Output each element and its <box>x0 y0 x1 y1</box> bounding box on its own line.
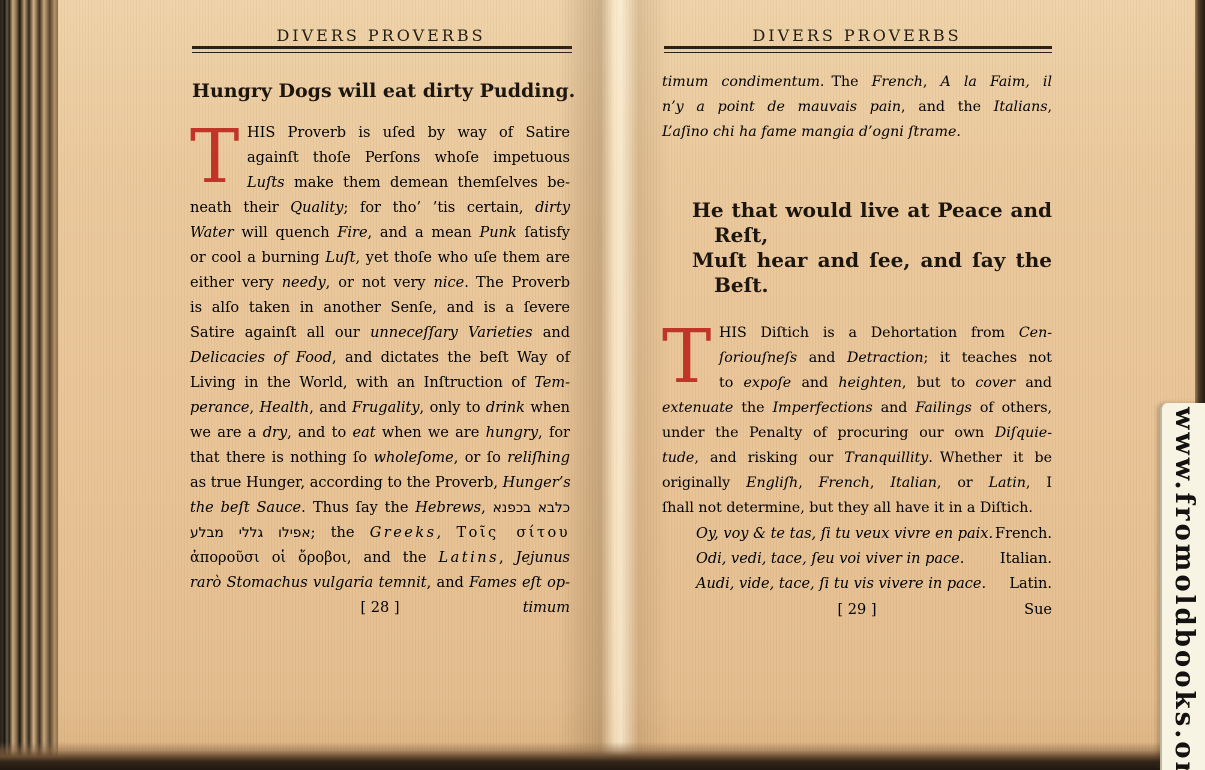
text-line: L’aſino chi ha fame mangia d’ogni ſtrame… <box>662 120 1052 145</box>
book-bottom-edge <box>0 742 1162 770</box>
text-line: Water will quench Fire, and a mean Punk … <box>190 221 570 246</box>
book-scan: DIVERS PROVERBS Hungry Dogs will eat dir… <box>0 0 1205 770</box>
text-line: to expoſe and heighten, but to cover and <box>662 371 1052 396</box>
text-line: tude, and risking our Tranquillity. Whet… <box>662 446 1052 471</box>
left-running-header: DIVERS PROVERBS <box>190 26 572 45</box>
left-page: DIVERS PROVERBS Hungry Dogs will eat dir… <box>55 0 617 755</box>
distich-line: Audi, vide, tace, ſi tu vis vivere in pa… <box>662 572 1052 597</box>
text-line: perance, Health, and Frugality, only to … <box>190 396 570 421</box>
left-header-rule <box>192 46 572 53</box>
text-line: neath their Quality; for tho’ ’tis certa… <box>190 196 570 221</box>
right-continuation-lines: timum condimentum. The French, A la Faim… <box>662 70 1052 145</box>
text-line: Beſt. <box>662 273 1052 298</box>
left-paragraph: T HIS Proverb is uſed by way of Satireag… <box>190 121 570 596</box>
text-line: timum condimentum. The French, A la Faim… <box>662 70 1052 95</box>
right-footer: [ 29 ] Sue <box>662 598 1052 623</box>
right-paragraph: T HIS Diſtich is a Dehortation from Cen-… <box>662 321 1052 521</box>
text-line: againſt thoſe Perſons whoſe impetuous <box>190 146 570 171</box>
text-line: He that would live at Peace and <box>662 198 1052 223</box>
distich-text: Audi, vide, tace, ſi tu vis vivere in pa… <box>662 572 986 597</box>
book-gutter <box>558 0 670 755</box>
distich-language-label: French. <box>995 522 1052 547</box>
text-line: HIS Proverb is uſed by way of Satire <box>190 121 570 146</box>
text-line: Satire againſt all our unneceſſary Varie… <box>190 321 570 346</box>
right-catchword: Sue <box>1024 598 1052 623</box>
right-paragraph-lines: HIS Diſtich is a Dehortation from Cen-ſo… <box>662 321 1052 521</box>
text-line: or cool a burning Luſt, yet thoſe who uſ… <box>190 246 570 271</box>
text-line: that there is nothing ſo wholeſome, or ſ… <box>190 446 570 471</box>
distich-language-label: Latin. <box>1009 572 1052 597</box>
right-page-number: [ 29 ] <box>662 598 1052 623</box>
left-page-number: [ 28 ] <box>190 596 570 621</box>
text-line: Luſts make them demean themſelves be- <box>190 171 570 196</box>
left-footer: [ 28 ] timum <box>190 596 570 621</box>
right-header-rule <box>664 46 1052 53</box>
text-line: under the Penalty of procuring our own D… <box>662 421 1052 446</box>
left-paragraph-lines: HIS Proverb is uſed by way of Satireagai… <box>190 121 570 596</box>
text-line: HIS Diſtich is a Dehortation from Cen- <box>662 321 1052 346</box>
distich-text: Odi, vedi, tace, ſeu voi viver in pace. <box>662 547 964 572</box>
text-line: n’y a point de mauvais pain, and the Ita… <box>662 95 1052 120</box>
text-line: originally Engliſh, French, Italian, or … <box>662 471 1052 496</box>
distich-line: Odi, vedi, tace, ſeu voi viver in pace.I… <box>662 547 1052 572</box>
text-line: ſoriouſneſs and Detraction; it teaches n… <box>662 346 1052 371</box>
watermark-url: www.fromoldbooks.org <box>1163 403 1204 770</box>
text-line: אפילו גללי מבלע; the Greeks, Τοῖς σίτου <box>190 521 570 546</box>
text-line: Muſt hear and ſee, and ſay the <box>662 248 1052 273</box>
distich-text: Oy, voy & te tas, ſi tu veux vivre en pa… <box>662 522 993 547</box>
watermark-strip: www.fromoldbooks.org <box>1160 403 1205 770</box>
text-line: extenuate the Imperfections and Failings… <box>662 396 1052 421</box>
text-line: the beſt Sauce. Thus ſay the Hebrews, כל… <box>190 496 570 521</box>
text-line: is alſo taken in another Senſe, and is a… <box>190 296 570 321</box>
text-line: as true Hunger, according to the Proverb… <box>190 471 570 496</box>
text-line: Reſt, <box>662 223 1052 248</box>
left-proverb-title: Hungry Dogs will eat dirty Pudding. <box>192 80 572 102</box>
text-line: we are a dry, and to eat when we are hun… <box>190 421 570 446</box>
page-stack-edge <box>0 0 58 770</box>
text-line: ἀποροῦσι οἱ ὄροβοι, and the Latins, Jeju… <box>190 546 570 571</box>
text-line: rarò Stomachus vulgaria temnit, and Fame… <box>190 571 570 596</box>
distich-line: Oy, voy & te tas, ſi tu veux vivre en pa… <box>662 522 1052 547</box>
right-page: DIVERS PROVERBS timum condimentum. The F… <box>617 0 1197 755</box>
right-proverb-title: He that would live at Peace andReſt,Muſt… <box>662 198 1052 298</box>
distich-language-label: Italian. <box>1000 547 1052 572</box>
right-running-header: DIVERS PROVERBS <box>662 26 1052 45</box>
text-line: Living in the World, with an Inſtruction… <box>190 371 570 396</box>
text-line: ſhall not determine, but they all have i… <box>662 496 1052 521</box>
text-line: either very needy, or not very nice. The… <box>190 271 570 296</box>
distich-block: Oy, voy & te tas, ſi tu veux vivre en pa… <box>662 522 1052 597</box>
text-line: Delicacies of Food, and dictates the beſ… <box>190 346 570 371</box>
